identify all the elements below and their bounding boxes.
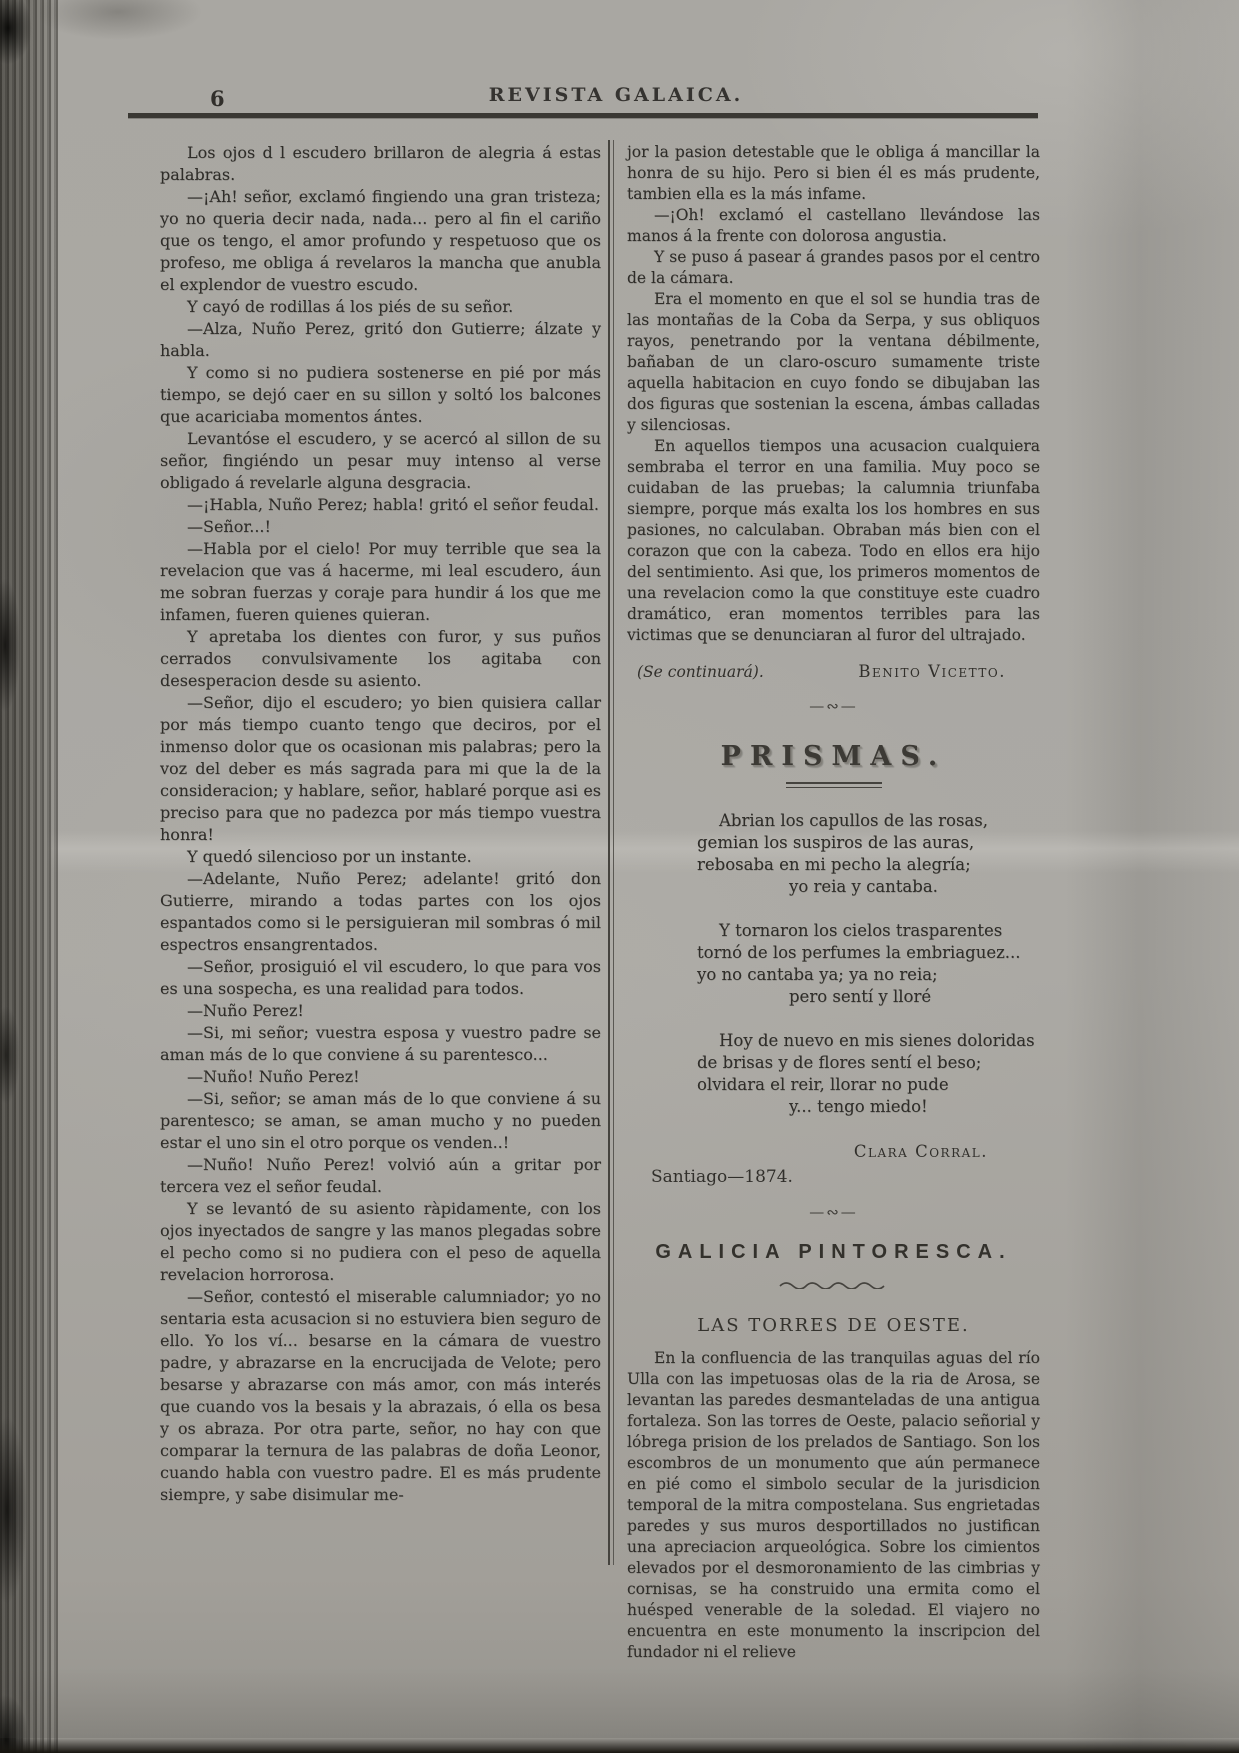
story-paragraph: —Alza, Nuño Perez, gritó don Gutierre; á…: [160, 318, 601, 362]
book-spine: [0, 0, 58, 1753]
poem: Abrian los capullos de las rosas, gemian…: [627, 810, 1040, 1118]
poem-line: tornó de los perfumes la embriaguez...: [697, 942, 1040, 964]
story-paragraph: —Nuño! Nuño Perez! volvió aún a gritar p…: [160, 1154, 601, 1198]
wavy-rule-icon: [627, 1274, 1040, 1293]
prismas-title-rule: [786, 782, 882, 788]
bottom-edge: [0, 1738, 1239, 1753]
story-paragraph: —Señor...!: [160, 516, 601, 538]
story-paragraph: —Señor, dijo el escudero; yo bien quisie…: [160, 692, 601, 846]
section-divider-ornament-icon: —∾—: [627, 1203, 1040, 1221]
story-paragraph: Y como si no pudiera sostenerse en pié p…: [160, 362, 601, 428]
galicia-article: En la confluencia de las tranquilas agua…: [627, 1348, 1040, 1663]
story-paragraph: Era el momento en que el sol se hundia t…: [627, 289, 1040, 436]
story-paragraph: —¡Ah! señor, exclamó fingiendo una gran …: [160, 186, 601, 296]
continuation-row: (Se continuará). Benito Vicetto.: [637, 662, 1036, 681]
section-divider-ornament-icon: —∾—: [627, 697, 1040, 715]
column-divider-rule: [608, 140, 614, 1565]
story-paragraph: —Si, señor; se aman más de lo que convie…: [160, 1088, 601, 1154]
poem-line: yo reia y cantaba.: [789, 876, 1040, 898]
story-paragraph: Y se levantó de su asiento ràpidamente, …: [160, 1198, 601, 1286]
poem-line: gemian los suspiros de las auras,: [697, 832, 1040, 854]
torres-article-subtitle: LAS TORRES DE OESTE.: [627, 1315, 1040, 1336]
story-paragraph: —¡Oh! exclamó el castellano llevándose l…: [627, 205, 1040, 247]
story-paragraph: —Si, mi señor; vuestra esposa y vuestro …: [160, 1022, 601, 1066]
story-paragraph: —Nuño! Nuño Perez!: [160, 1066, 601, 1088]
story-paragraph: Y quedó silencioso por un instante.: [160, 846, 601, 868]
poem-stanza: Abrian los capullos de las rosas, gemian…: [697, 810, 1040, 898]
story-paragraph: Los ojos d l escudero brillaron de alegr…: [160, 142, 601, 186]
story-paragraph: —Señor, prosiguió el vil escudero, lo qu…: [160, 956, 601, 1000]
poem-line: yo no cantaba ya; ya no reia;: [697, 964, 1040, 986]
page-number: 6: [210, 86, 226, 111]
poem-author: Clara Corral.: [627, 1142, 1040, 1161]
story-paragraph: En aquellos tiempos una acusacion cualqu…: [627, 436, 1040, 646]
story-paragraph: jor la pasion detestable que le obliga á…: [627, 142, 1040, 205]
poem-line: Hoy de nuevo en mis sienes doloridas: [697, 1030, 1040, 1052]
story-author: Benito Vicetto.: [858, 662, 1036, 681]
story-paragraph: Levantóse el escudero, y se acercó al si…: [160, 428, 601, 494]
poem-line: Y tornaron los cielos trasparentes: [697, 920, 1040, 942]
right-column: jor la pasion detestable que le obliga á…: [627, 142, 1040, 1663]
story-paragraph: Y cayó de rodillas á los piés de su seño…: [160, 296, 601, 318]
story-paragraph: Y apretaba los dientes con furor, y sus …: [160, 626, 601, 692]
story-paragraph: —Adelante, Nuño Perez; adelante! gritó d…: [160, 868, 601, 956]
poem-line: olvidara el reir, llorar no pude: [697, 1074, 1040, 1096]
left-column: Los ojos d l escudero brillaron de alegr…: [160, 142, 601, 1506]
poem-stanza: Y tornaron los cielos trasparentes tornó…: [697, 920, 1040, 1008]
prismas-title: PRISMAS.: [627, 741, 1040, 772]
bottom-shadow: [0, 1668, 1239, 1738]
scanned-page: 6 REVISTA GALAICA. Los ojos d l escudero…: [0, 0, 1239, 1753]
poem-dateline: Santiago—1874.: [651, 1167, 1040, 1187]
story-paragraph: —Nuño Perez!: [160, 1000, 601, 1022]
poem-stanza: Hoy de nuevo en mis sienes doloridas de …: [697, 1030, 1040, 1118]
story-paragraph: —¡Habla, Nuño Perez; habla! gritó el señ…: [160, 494, 601, 516]
story-continuation-block: jor la pasion detestable que le obliga á…: [627, 142, 1040, 646]
poem-line: pero sentí y lloré: [789, 986, 1040, 1008]
story-paragraph: —Señor, contestó el miserable calumniado…: [160, 1286, 601, 1506]
poem-line: y... tengo miedo!: [789, 1096, 1040, 1118]
galicia-section-title: GALICIA PINTORESCA.: [627, 1241, 1040, 1264]
story-paragraph: Y se puso á pasear á grandes pasos por e…: [627, 247, 1040, 289]
continuation-note: (Se continuará).: [637, 663, 764, 681]
header-rule: [128, 113, 1038, 118]
poem-line: Abrian los capullos de las rosas,: [697, 810, 1040, 832]
journal-title: REVISTA GALAICA.: [400, 84, 832, 106]
story-paragraph: —Habla por el cielo! Por muy terrible qu…: [160, 538, 601, 626]
galicia-paragraph: En la confluencia de las tranquilas agua…: [627, 1348, 1040, 1663]
corner-stain: [40, 0, 300, 120]
poem-line: de brisas y de flores sentí el beso;: [697, 1052, 1040, 1074]
poem-line: rebosaba en mi pecho la alegría;: [697, 854, 1040, 876]
